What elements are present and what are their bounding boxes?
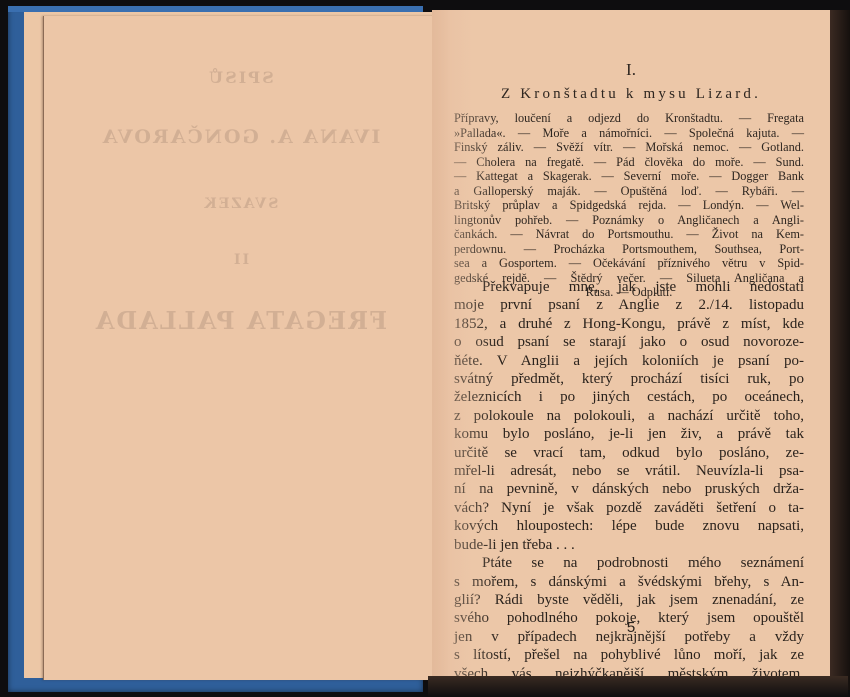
show-through-text: II [44, 252, 437, 268]
body-line: s mořem, s dánskými a švédskými břehy, s… [454, 573, 804, 591]
show-through-text: FREGATA PALLADA [44, 306, 437, 335]
body-line: Ptáte se na podrobnosti mého seznámení [454, 554, 804, 572]
body-line: komu bylo posláno, je-li jen živ, a práv… [454, 425, 804, 443]
chapter-title: Z Kronštadtu k mysu Lizard. [432, 86, 830, 103]
body-line: železnicích i po jiných cestách, po oceá… [454, 388, 804, 406]
body-line: bude-li jen třeba . . . [454, 536, 804, 554]
body-line: určitě se vrací tam, odkud bylo posláno,… [454, 444, 804, 462]
right-page: I. Z Kronštadtu k mysu Lizard. Přípravy,… [432, 10, 830, 678]
body-line: Překvapuje mne, jak jste mohli nedostati [454, 278, 804, 296]
body-line: 1852, a druhé z Hong-Kongu, právě z míst… [454, 315, 804, 333]
body-line: glií? Rádi byste věděli, jak jsem znenad… [454, 591, 804, 609]
body-line: svátný předmět, který prochází tisíci ru… [454, 370, 804, 388]
summary-line: Finský záliv. — Svěží vítr. — Mořská nem… [454, 140, 804, 155]
chapter-number: I. [432, 60, 830, 80]
left-page: SPISŮ IVANA A. GONČAROVA SVAZEK II FREGA… [43, 16, 437, 680]
summary-line: Britský průplav a Spidgedská rejda. — Lo… [454, 198, 804, 213]
summary-line: perdownu. — Procházka Portsmouthem, Sout… [454, 242, 804, 257]
body-line: vách? Nyní je však pozdě zaváděti šetřen… [454, 499, 804, 517]
body-line: kových hloupostech: lépe bude znovu naps… [454, 517, 804, 535]
page-number: 5 [432, 619, 830, 636]
body-line: z polokoule na polokouli, a nachází urči… [454, 407, 804, 425]
show-through-text: IVANA A. GONČAROVA [44, 126, 437, 148]
page-edge-shadow [830, 10, 850, 690]
summary-line: čankách. — Návrat do Portsmouthu. — Živo… [454, 227, 804, 242]
show-through-text: SPISŮ [44, 68, 437, 87]
summary-line: sea a Gosportem. — Očekávání příznivého … [454, 256, 804, 271]
summary-line: lingtonův pohřeb. — Poznámky o Angličane… [454, 213, 804, 228]
body-line: o osud psaní se starají jako o osud novo… [454, 333, 804, 351]
chapter-summary: Přípravy, loučení a odjezd do Kronštadtu… [454, 111, 804, 300]
body-line: mřel-li adresát, nebo se vrátil. Neuvízl… [454, 462, 804, 480]
summary-line: »Pallada«. — Moře a námořníci. — Společn… [454, 126, 804, 141]
body-line: ňéte. V Anglii a jejích koloniích je psa… [454, 352, 804, 370]
summary-line: a Galloperský maják. — Opuštěná loď. — R… [454, 184, 804, 199]
show-through-text: SVAZEK [44, 196, 437, 212]
body-line: moje první psaní z Anglie z 2./14. listo… [454, 296, 804, 314]
summary-line: Přípravy, loučení a odjezd do Kronštadtu… [454, 111, 804, 126]
body-line: s lítostí, přešel na pohyblivé lůno moří… [454, 646, 804, 664]
page-bottom-shadow [428, 676, 848, 697]
summary-line: — Cholera na fregatě. — Pád člověka do m… [454, 155, 804, 170]
summary-line: — Kattegat a Skagerak. — Severní moře. —… [454, 169, 804, 184]
body-line: ní na pevnině, v dánských nebo pruských … [454, 480, 804, 498]
